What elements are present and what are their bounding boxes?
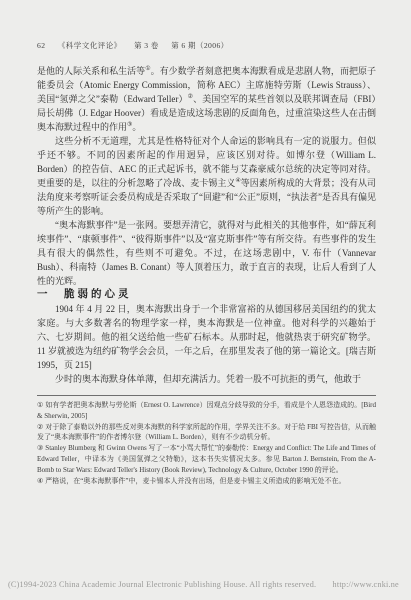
volume-label: 第 3 卷 [134,41,159,50]
footnote: ③Stanley Blumberg 和 Gwinn Owens 写了一本“小骂大… [37,443,376,475]
cnki-url: http://www.cnki.ne [333,580,399,589]
footnote-text: 严格说，在“奥本海默事件”中，麦卡锡本人并没有出场，但是麦卡锡主义所造成的影响无… [45,477,345,485]
journal-page: 62 《科学文化评论》 第 3 卷 第 6 期（2006） 是他的人际关系和私生… [0,0,411,600]
copyright-notice: (C)1994-2023 China Academic Journal Elec… [8,580,316,589]
body-paragraph: 这些分析不无道理，尤其是性格特征对个人命运的影响具有一定的说服力。但似乎还不够。… [37,134,376,218]
section-heading: 一 脆弱的心灵 [37,288,376,302]
body-paragraph: “奥本海默事件”是一张网。要想弄清它，就得对与此相关的其他事件，如“薛瓦利埃事件… [37,218,376,288]
page-number: 62 [37,41,45,50]
footnote-text: 对于除了泰勒以外的那些反对奥本海默的科学家所起的作用，学界关注不多。对于给 FB… [37,423,376,442]
footnotes: ①如有学者把奥本海默与劳伦斯（Ernest O. Lawrence）因观点分歧导… [37,400,376,486]
footnote-text: 如有学者把奥本海默与劳伦斯（Ernest O. Lawrence）因观点分歧导致… [37,401,376,420]
body-paragraph: 1904 年 4 月 22 日，奥本海默出身于一个非常富裕的从德国移居美国纽约的… [37,302,376,372]
body-paragraph: 少时的奥本海默身体单薄，但却充满活力。凭着一股不可抗拒的勇气，他敢于 [37,372,376,386]
footnote: ④严格说，在“奥本海默事件”中，麦卡锡本人并没有出场，但是麦卡锡主义所造成的影响… [37,476,376,487]
article-body: 是他的人际关系和私生活等①。有少数学者刻意把奥本海默看成是悲剧人物，而把原子能委… [37,64,376,486]
footnote-separator [37,395,376,396]
running-header: 62 《科学文化评论》 第 3 卷 第 6 期（2006） [37,40,375,51]
footnote-marker: ③ [37,444,43,452]
footnote: ①如有学者把奥本海默与劳伦斯（Ernest O. Lawrence）因观点分歧导… [37,400,376,422]
footnote-marker: ② [37,423,43,431]
footnote-marker: ④ [37,477,43,485]
body-paragraph: 是他的人际关系和私生活等①。有少数学者刻意把奥本海默看成是悲剧人物，而把原子能委… [37,64,376,134]
journal-title: 《科学文化评论》 [58,41,122,50]
page-footer: (C)1994-2023 China Academic Journal Elec… [8,580,411,589]
footnote: ②对于除了泰勒以外的那些反对奥本海默的科学家所起的作用，学界关注不多。对于给 F… [37,422,376,444]
footnote-text: Stanley Blumberg 和 Gwinn Owens 写了一本“小骂大帮… [37,444,376,474]
footnote-marker: ① [37,401,43,409]
issue-label: 第 6 期（2006） [171,41,229,50]
